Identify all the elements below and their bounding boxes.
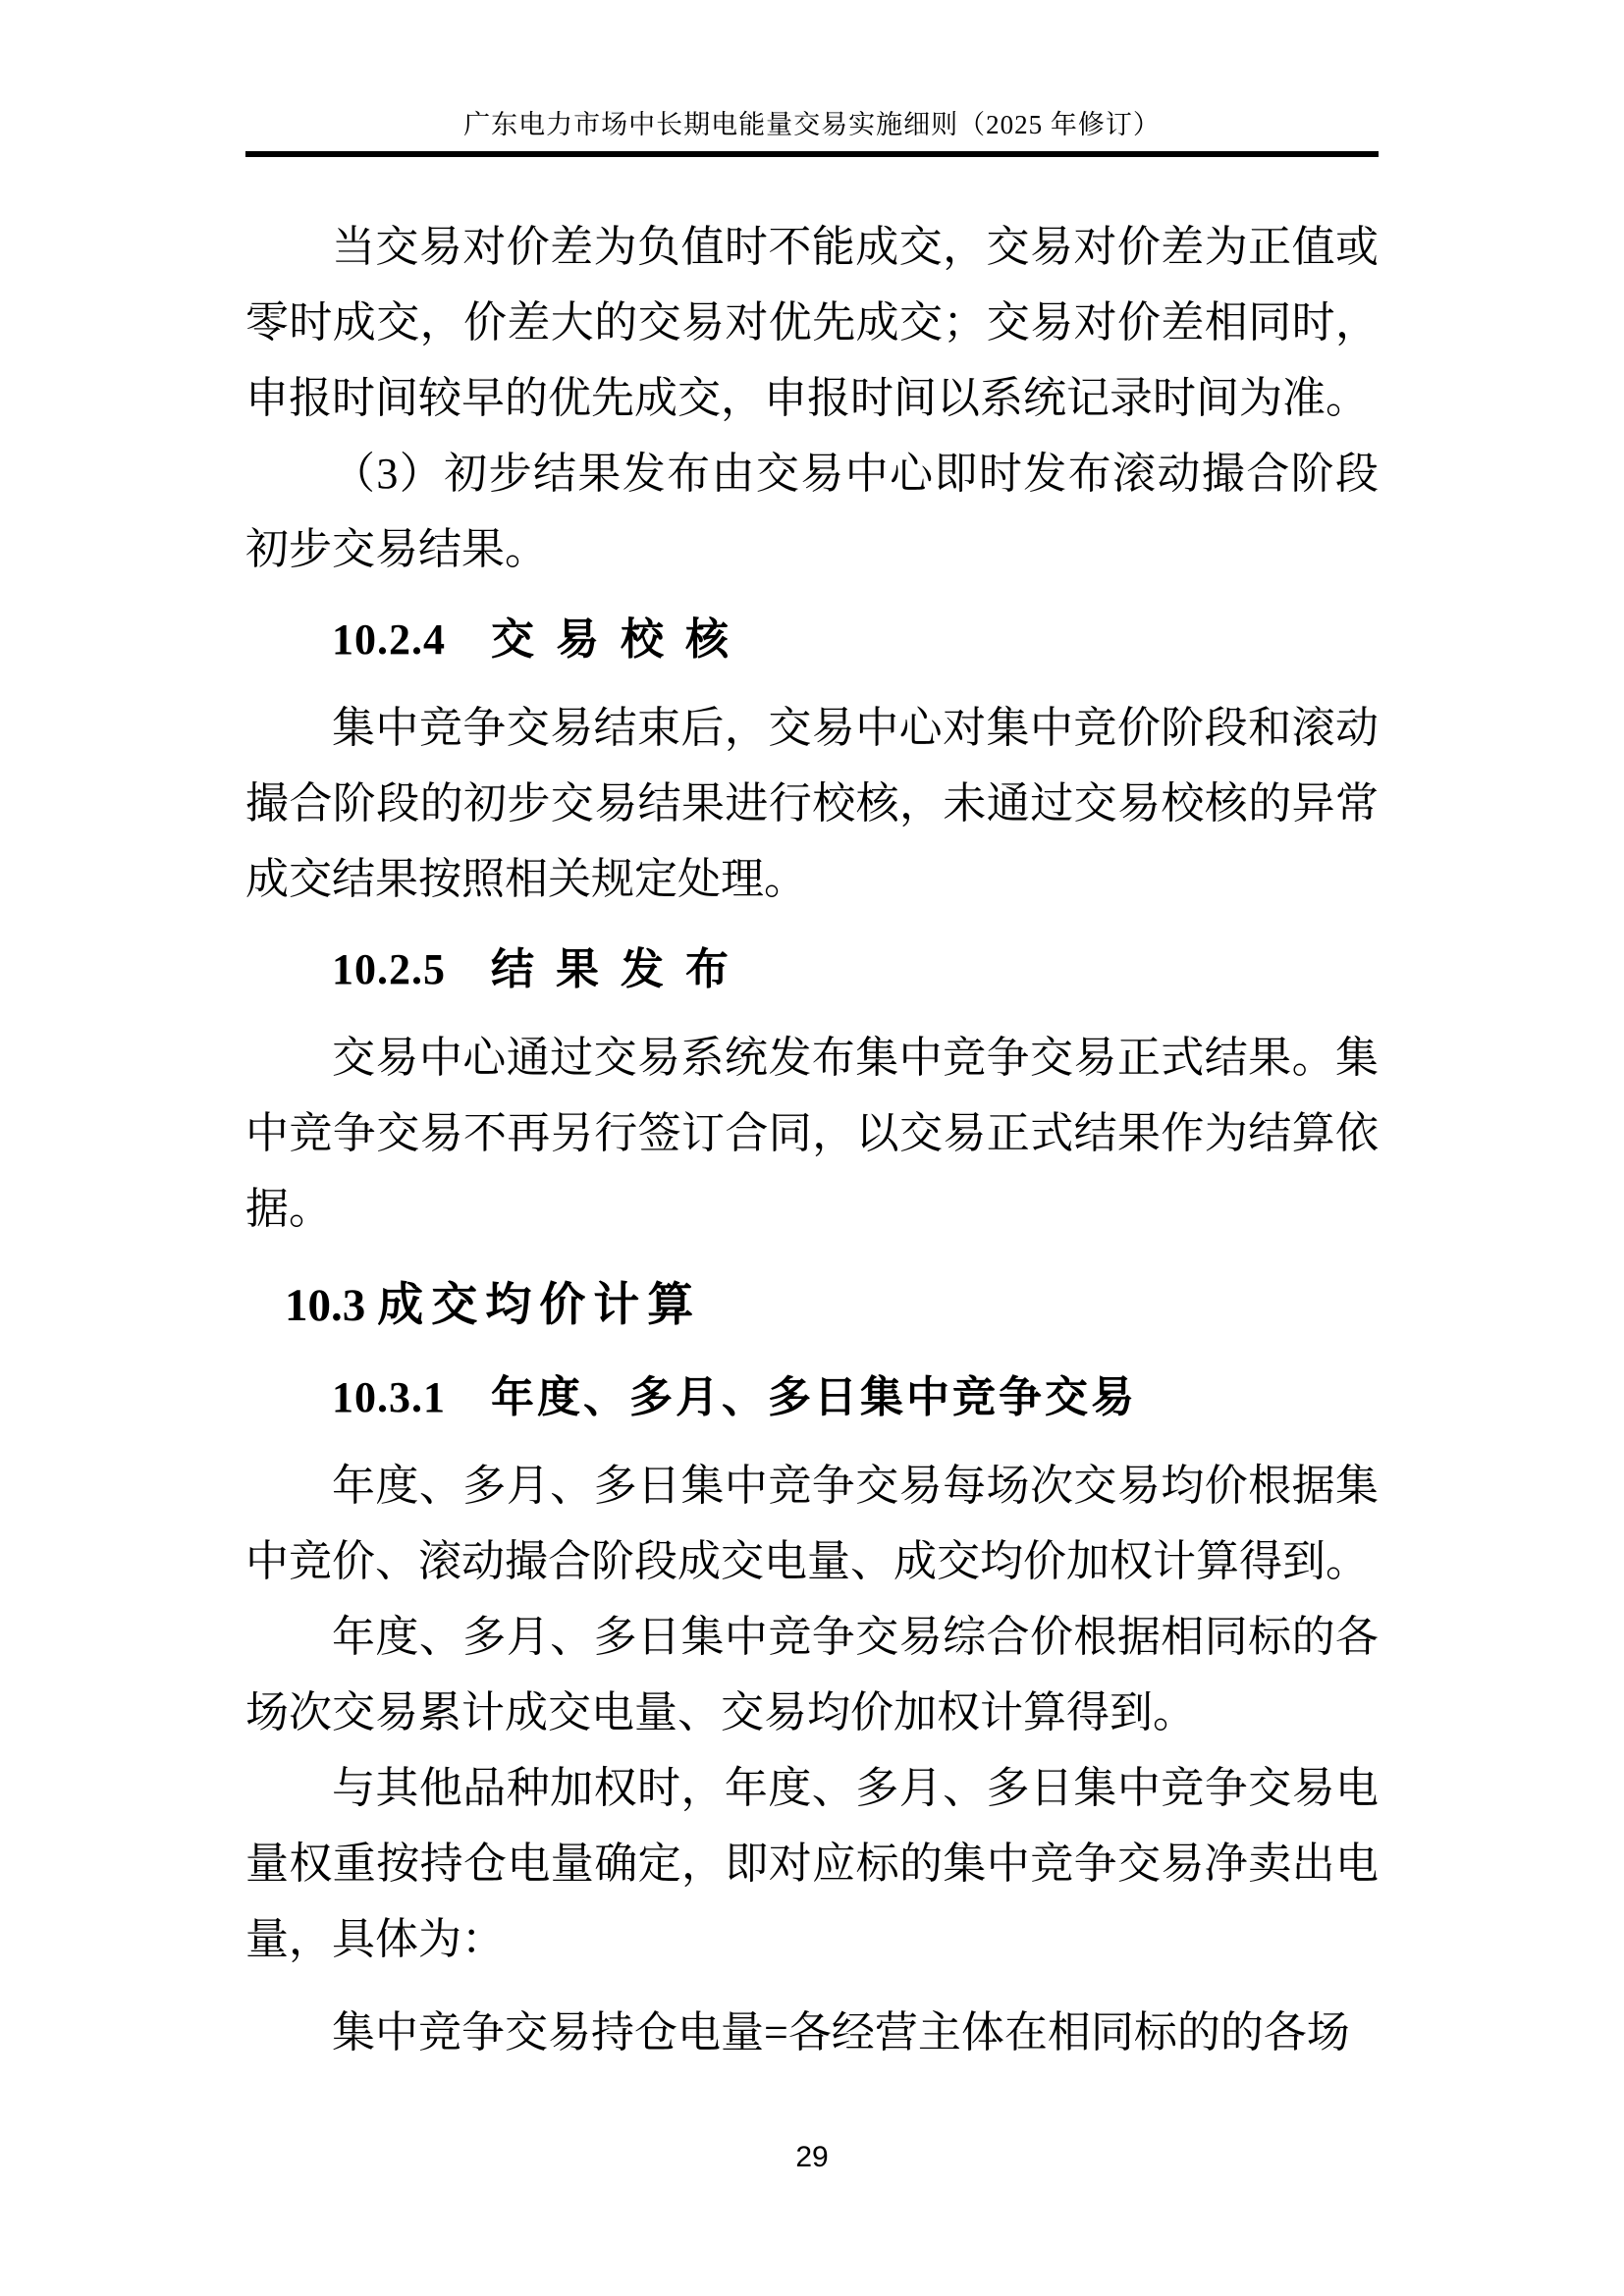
paragraph-trade-pair-price: 当交易对价差为负值时不能成交，交易对价差为正值或零时成交，价差大的交易对优先成交… <box>245 209 1379 436</box>
heading-number: 10.3.1 <box>332 1373 446 1421</box>
page-content: 广东电力市场中长期电能量交易实施细则（2025 年修订） 当交易对价差为负值时不… <box>245 0 1379 2070</box>
document-body: 当交易对价差为负值时不能成交，交易对价差为正值或零时成交，价差大的交易对优先成交… <box>245 209 1379 2070</box>
document-page: 广东电力市场中长期电能量交易实施细则（2025 年修订） 当交易对价差为负值时不… <box>0 0 1624 2296</box>
paragraph-preliminary-result-release: （3）初步结果发布由交易中心即时发布滚动撮合阶段初步交易结果。 <box>245 436 1379 587</box>
paragraph-trade-verification: 集中竞争交易结束后，交易中心对集中竞价阶段和滚动撮合阶段的初步交易结果进行校核，… <box>245 690 1379 917</box>
page-footer: 29 <box>0 2140 1624 2175</box>
paragraph-result-publication: 交易中心通过交易系统发布集中竞争交易正式结果。集中竞争交易不再另行签订合同，以交… <box>245 1020 1379 1247</box>
heading-number: 10.2.4 <box>332 615 446 664</box>
heading-number: 10.3 <box>285 1280 365 1331</box>
heading-title: 交易校核 <box>491 615 750 664</box>
page-number: 29 <box>795 2141 828 2173</box>
paragraph-per-session-average-price: 年度、多月、多日集中竞争交易每场次交易均价根据集中竞价、滚动撮合阶段成交电量、成… <box>245 1448 1379 1599</box>
heading-number: 10.2.5 <box>332 945 446 993</box>
page-header: 广东电力市场中长期电能量交易实施细则（2025 年修订） <box>245 0 1379 157</box>
formula-holding-volume: 集中竞争交易持仓电量=各经营主体在相同标的的各场 <box>245 1995 1379 2070</box>
section-heading-10-2-5: 10.2.5结果发布 <box>245 932 1379 1007</box>
heading-title: 结果发布 <box>491 945 750 993</box>
heading-title: 成交均价计算 <box>377 1280 701 1331</box>
paragraph-comprehensive-price: 年度、多月、多日集中竞争交易综合价根据相同标的各场次交易累计成交电量、交易均价加… <box>245 1599 1379 1750</box>
paragraph-weighting-rule: 与其他品种加权时，年度、多月、多日集中竞争交易电量权重按持仓电量确定，即对应标的… <box>245 1750 1379 1977</box>
section-heading-10-3-1: 10.3.1年度、多月、多日集中竞争交易 <box>245 1360 1379 1435</box>
section-heading-10-3: 10.3成交均价计算 <box>245 1266 1379 1345</box>
section-heading-10-2-4: 10.2.4交易校核 <box>245 602 1379 677</box>
heading-title: 年度、多月、多日集中竞争交易 <box>491 1373 1137 1421</box>
running-header-title: 广东电力市场中长期电能量交易实施细则（2025 年修订） <box>245 110 1379 139</box>
header-rule <box>245 151 1379 157</box>
